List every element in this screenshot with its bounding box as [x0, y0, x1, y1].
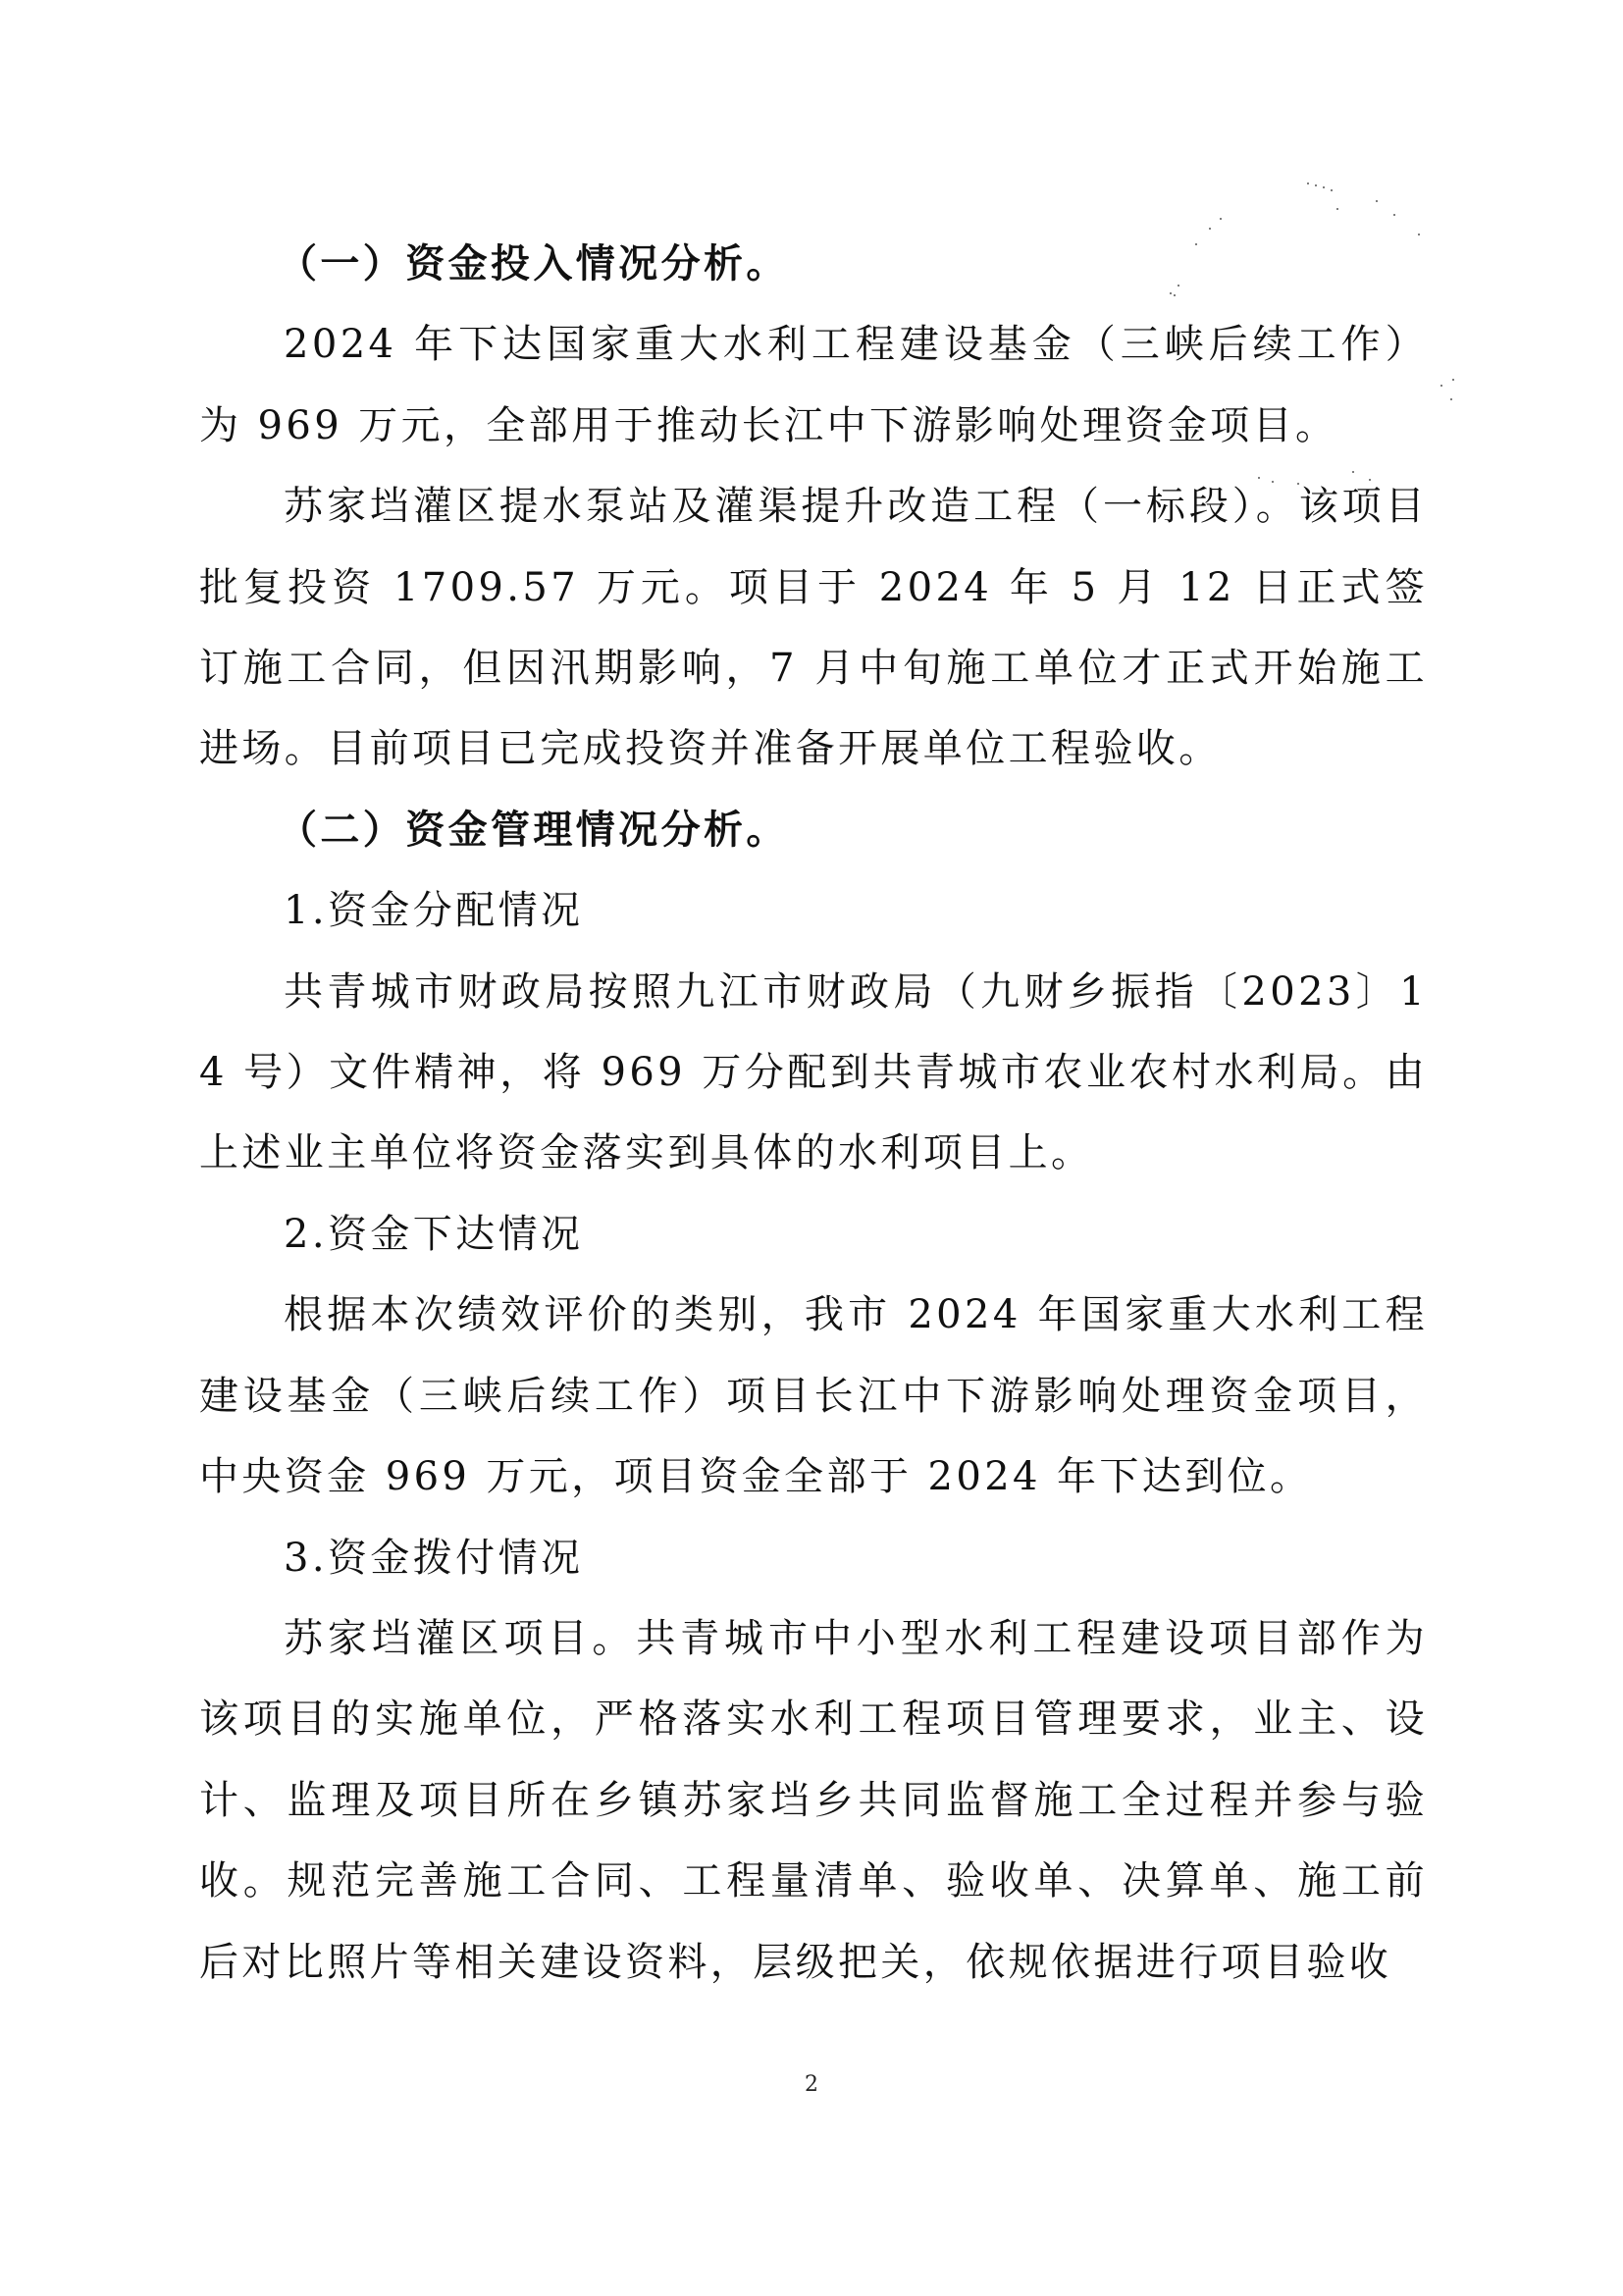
page-number: 2	[0, 2072, 1623, 2097]
paragraph-fund-disbursement: 苏家垱灌区项目。共青城市中小型水利工程建设项目部作为该项目的实施单位，严格落实水…	[199, 1598, 1428, 2003]
paragraph-fund-release: 根据本次绩效评价的类别，我市 2024 年国家重大水利工程建设基金（三峡后续工作…	[199, 1275, 1428, 1517]
document-page: （一）资金投入情况分析。 2024 年下达国家重大水利工程建设基金（三峡后续工作…	[0, 0, 1623, 2296]
subheading-fund-release: 2.资金下达情况	[199, 1194, 1428, 1275]
section-heading-funding-input: （一）资金投入情况分析。	[199, 224, 1428, 304]
paragraph-fund-allocation-2024: 2024 年下达国家重大水利工程建设基金（三峡后续工作）为 969 万元，全部用…	[199, 304, 1428, 466]
paragraph-sujiadang-project: 苏家垱灌区提水泵站及灌渠提升改造工程（一标段）。该项目批复投资 1709.57 …	[199, 466, 1428, 790]
subheading-fund-distribution: 1.资金分配情况	[199, 870, 1428, 951]
paragraph-fund-distribution: 共青城市财政局按照九江市财政局（九财乡振指〔2023〕14 号）文件精神，将 9…	[199, 952, 1428, 1194]
document-body: （一）资金投入情况分析。 2024 年下达国家重大水利工程建设基金（三峡后续工作…	[199, 224, 1428, 2003]
section-heading-fund-management: （二）资金管理情况分析。	[199, 790, 1428, 870]
subheading-fund-disbursement: 3.资金拨付情况	[199, 1518, 1428, 1598]
